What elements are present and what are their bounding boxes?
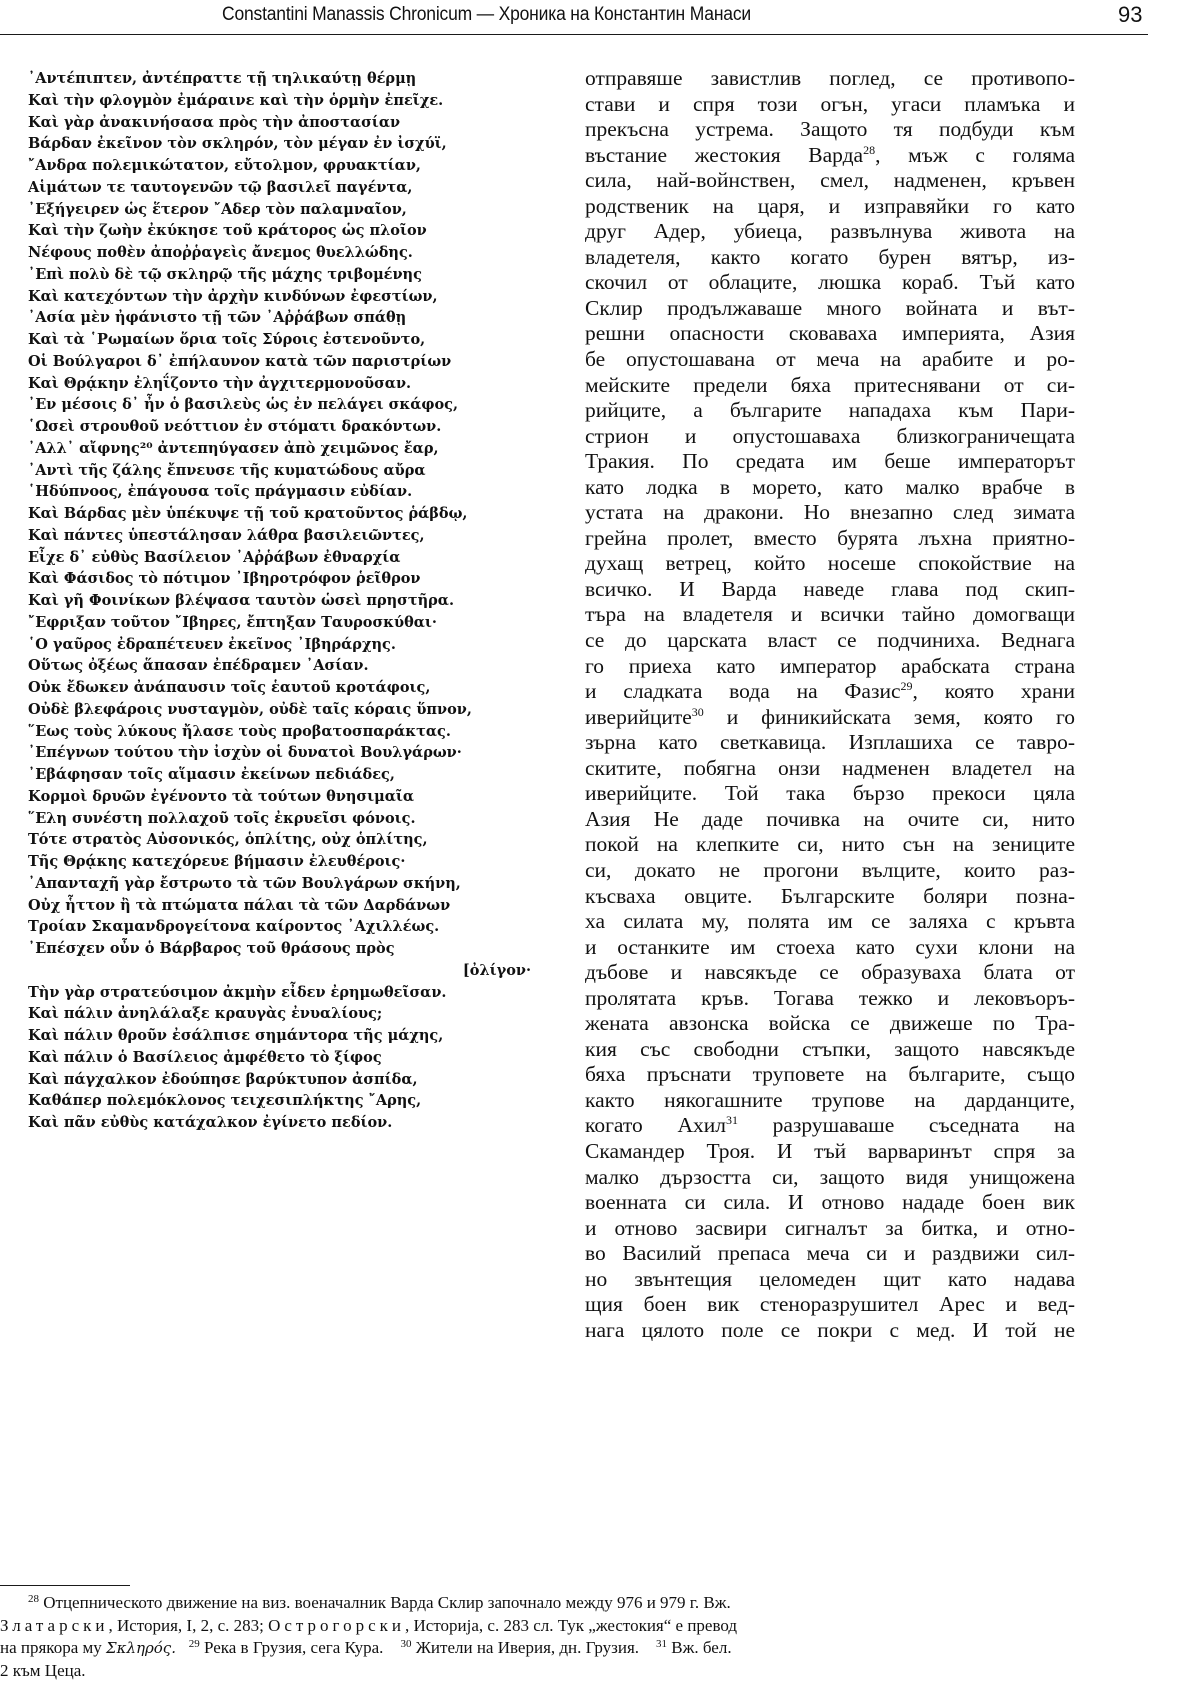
translation-text: когато Ахил	[585, 1113, 726, 1137]
greek-verse-line: Βάρδαν ἐκεῖνον τὸν σκληρόν, τὸν μέγαν ἐν…	[28, 133, 548, 155]
greek-verse-line: Καὶ πάντες ὑπεστάλησαν λάθρα βασιλειῶντε…	[28, 525, 548, 547]
translation-line: стави и спря този огън, угаси пламъка и	[585, 92, 1075, 118]
greek-verse-line: Καὶ Βάρδας μὲν ὑπέκυψε τῇ τοῦ κρατοῦντος…	[28, 503, 548, 525]
greek-verse-line: Οὐκ ἔδωκεν ἀνάπαυσιν τοῖς ἑαυτοῦ κροτάφο…	[28, 677, 548, 699]
translation-line: и сладката вода на Фазис29, която храни	[585, 679, 1075, 705]
translation-line: ха силата му, полята им се заляха с кръв…	[585, 909, 1075, 935]
translation-line: зърна като светкавица. Изплашиха се тавр…	[585, 730, 1075, 756]
greek-verse-line: Καὶ πάλιν ἀνηλάλαξε κραυγὰς ἐνυαλίους;	[28, 1003, 548, 1025]
citation-2: , Историја, с. 283 сл. Тук „жестокия“ е …	[405, 1616, 737, 1635]
author-zlatarski: Златарски	[0, 1616, 108, 1635]
footnote-reference: 30	[692, 705, 704, 719]
translation-line: устата на дракони. Но внезапно след зима…	[585, 500, 1075, 526]
translation-line: и отново засвири сигналът за битка, и от…	[585, 1216, 1075, 1242]
translation-line: духащ ветрец, който носеше спокойствие н…	[585, 551, 1075, 577]
translation-line: малко дързостта си, защото видя унищожен…	[585, 1165, 1075, 1191]
footnote-31-tail: 2 към Цеца.	[0, 1661, 86, 1680]
greek-verse-line: Τῆς Θρᾴκης κατεχόρευε βήμασιν ἐλευθέροις…	[28, 851, 548, 873]
translation-text: , която храни	[913, 679, 1075, 703]
translation-line: късваха овците. Българските боляри позна…	[585, 884, 1075, 910]
translation-text: и финикийската земя, която го	[704, 705, 1075, 729]
greek-verse-line: ῾Ωσεὶ στρουθοῦ νεόττιον ἐν στόματι δρακό…	[28, 416, 548, 438]
translation-line: родственик на царя, и изправяйки го като	[585, 194, 1075, 220]
translation-line: отправяше завистлив поглед, се противопо…	[585, 66, 1075, 92]
translation-line: търа на владетеля и всички тайно домогва…	[585, 602, 1075, 628]
greek-verse-line: Οἱ Βούλγαροι δ᾿ ἐπήλαυνον κατὰ τῶν παρισ…	[28, 351, 548, 373]
translation-line: военната си сила. И отново нададе боен в…	[585, 1190, 1075, 1216]
greek-verse-line: ῞Ελη συνέστη πολλαχοῦ τοῖς ἐκρυεῖσι φόνο…	[28, 808, 548, 830]
translation-line: Азия Не даде почивка на очите си, нито	[585, 807, 1075, 833]
greek-original-text-column: ᾿Αντέπιπτεν, ἀντέπραττε τῇ τηλικαύτῃ θέρ…	[28, 68, 548, 1134]
translation-text: и сладката вода на Фазис	[585, 679, 901, 703]
translation-line: нага цялото поле се покри с мед. И той н…	[585, 1318, 1075, 1344]
greek-verse-line: ῾Ο γαῦρος ἐδραπέτευεν ἐκεῖνος ᾿Ιβηράρχης…	[28, 634, 548, 656]
greek-verse-line: ᾿Επέσχεν οὖν ὁ Βάρβαρος τοῦ θράσους πρὸς	[28, 938, 548, 960]
greek-verse-line: [ὀλίγον·	[28, 960, 531, 982]
greek-verse-line: Νέφους ποθὲν ἀποῤῥαγεὶς ἄνεμος θυελλώδης…	[28, 242, 548, 264]
greek-verse-line: Κορμοὶ δρυῶν ἐγένοντο τὰ τούτων θνησιμαῖ…	[28, 786, 548, 808]
translation-line: решни опасности сковаваха империята, Ази…	[585, 321, 1075, 347]
footnote-31-text: Вж. бел.	[671, 1638, 731, 1657]
greek-verse-line: ᾿Εξήγειρεν ὡς ἕτερον ῎Αδερ τὸν παλαμναῖο…	[28, 199, 548, 221]
footnote-28-number: 28	[28, 1593, 39, 1605]
greek-verse-line: ᾿Εβάφησαν τοῖς αἵμασιν ἐκείνων πεδιάδες,	[28, 764, 548, 786]
translation-line: прекъсна устрема. Защото тя подбуди към	[585, 117, 1075, 143]
footnote-30-text: Жители на Иверия, дн. Грузия.	[416, 1638, 639, 1657]
translation-line: рийците, а българите нападаха към Пари-	[585, 398, 1075, 424]
author-ostrogorski: Острогорски	[268, 1616, 405, 1635]
greek-verse-line: ῾Ηδύπνοος, ἐπάγουσα τοῖς πράγμασιν εὐδία…	[28, 481, 548, 503]
footnote-28-text: Отцепническото движение на виз. военачал…	[43, 1593, 730, 1612]
translation-line: владетеля, както когато бурен вятър, из-	[585, 245, 1075, 271]
footnote-29-number: 29	[189, 1638, 200, 1650]
greek-verse-line: Εἶχε δ᾿ εὐθὺς Βασίλειον ᾿Αῤῥάβων ἐθναρχί…	[28, 547, 548, 569]
greek-verse-line: Τροίαν Σκαμανδρογείτονα καίροντος ᾿Αχιλλ…	[28, 916, 548, 938]
footnote-rule	[0, 1585, 130, 1586]
translation-line: грейна пролет, вместо бурята лъхна прият…	[585, 526, 1075, 552]
translation-line: Тракия. По средата им беше императорът	[585, 449, 1075, 475]
footnote-line-4: 2 към Цеца.	[0, 1660, 1075, 1683]
greek-verse-line: Οὐχ ἧττον ἢ τὰ πτώματα πάλαι τὰ τῶν Δαρδ…	[28, 895, 548, 917]
greek-verse-line: ᾿Επὶ πολὺ δὲ τῷ σκληρῷ τῆς μάχης τριβομέ…	[28, 264, 548, 286]
translation-line: го приеха като император арабската стран…	[585, 654, 1075, 680]
translation-line: иверийците30 и финикийската земя, която …	[585, 705, 1075, 731]
translation-line: когато Ахил31 разрушаваше съседната на	[585, 1113, 1075, 1139]
greek-verse-line: Καὶ πάλιν θροῦν ἐσάλπισε σημάντορα τῆς μ…	[28, 1025, 548, 1047]
translation-line: кия със свободни стъпки, защото навсякъд…	[585, 1037, 1075, 1063]
footnote-29-text: Река в Грузия, сега Кура.	[204, 1638, 383, 1657]
footnote-line-3: на прякора му Σκληρός. 29 Река в Грузия,…	[0, 1637, 1075, 1660]
greek-verse-line: ᾿Αλλ᾿ αἴφνης²⁰ ἀντεπηύγασεν ἀπὸ χειμῶνος…	[28, 438, 548, 460]
greek-verse-line: Τότε στρατὸς Αὐσονικός, ὁπλίτης, οὐχ ὁπλ…	[28, 829, 548, 851]
greek-verse-line: Καὶ πάλιν ὁ Βασίλειος ἀμφέθετο τὸ ξίφος	[28, 1047, 548, 1069]
greek-verse-line: Τὴν γὰρ στρατεύσιμον ἀκμὴν εἶδεν ἐρημωθε…	[28, 982, 548, 1004]
page-number: 93	[1118, 2, 1142, 28]
translation-line: Склир продължаваше много войната и вът-	[585, 296, 1075, 322]
translation-line: скочил от облаците, люшка кораб. Тъй кат…	[585, 270, 1075, 296]
translation-line: друг Адер, убиеца, развълнува живота на	[585, 219, 1075, 245]
page-header: Constantini Manassis Chronicum — Хроника…	[0, 0, 1200, 40]
greek-verse-line: Καὶ τὰ ῾Ρωμαίων ὅρια τοῖς Σύροις ἐστενοῦ…	[28, 329, 548, 351]
translation-line: пролятата кръв. Тогава тежко и лековъоръ…	[585, 986, 1075, 1012]
greek-verse-line: ᾿Ασία μὲν ἠφάνιστο τῇ τῶν ᾿Αῤῥάβων σπάθῃ	[28, 307, 548, 329]
greek-verse-line: Καὶ πᾶν εὐθὺς κατάχαλκον ἐγίνετο πεδίον.	[28, 1112, 548, 1134]
translation-text: иверийците	[585, 705, 692, 729]
translation-line: мейските предели бяха притеснявани от си…	[585, 373, 1075, 399]
translation-line: жената авзонска войска се движеше по Тра…	[585, 1011, 1075, 1037]
translation-line: като лодка в морето, като малко врабче в	[585, 475, 1075, 501]
translation-line: и останките им стоеха като сухи клони на	[585, 935, 1075, 961]
greek-verse-line: ῞Εως τοὺς λύκους ἤλασε τοὺς προβατοσπαρά…	[28, 721, 548, 743]
header-rule	[0, 34, 1148, 35]
translation-line: иверийците. Той така бързо прекоси цяла	[585, 781, 1075, 807]
greek-verse-line: ᾿Επέγνων τούτου τὴν ἰσχὺν οἱ δυνατοὶ Βου…	[28, 742, 548, 764]
running-title: Constantini Manassis Chronicum — Хроника…	[222, 4, 751, 26]
translation-line: си, докато не прогони вълците, които раз…	[585, 858, 1075, 884]
footnote-reference: 28	[863, 143, 875, 157]
translation-line: стрион и опустошаваха близкограничещата	[585, 424, 1075, 450]
translation-line: но звънтещия целомеден щит като надава	[585, 1267, 1075, 1293]
translation-line: дъбове и навсякъде се образуваха блата о…	[585, 960, 1075, 986]
citation-1: , История, I, 2, с. 283;	[108, 1616, 268, 1635]
translation-line: скитите, побягна онзи надменен владетел …	[585, 756, 1075, 782]
greek-verse-line: Καὶ Φάσιδος τὸ πότιμον ᾿Ιβηροτρόφον ῥεῖθ…	[28, 568, 548, 590]
footnotes: 28 Отцепническото движение на виз. воена…	[0, 1592, 1075, 1682]
translation-text: въстание жестокия Варда	[585, 143, 863, 167]
greek-verse-line: Καὶ Θρᾴκην ἐληΐζοντο τὴν ἀγχιτερμονοῦσαν…	[28, 373, 548, 395]
greek-verse-line: Αἱμάτων τε ταυτογενῶν τῷ βασιλεῖ παγέντα…	[28, 177, 548, 199]
translation-line: въстание жестокия Варда28, мъж с голяма	[585, 143, 1075, 169]
translation-text: , мъж с голяма	[875, 143, 1075, 167]
translation-line: се до царската власт се подчиниха. Ведна…	[585, 628, 1075, 654]
footnote-28-tail: на прякора му	[0, 1638, 106, 1657]
footnote-reference: 31	[726, 1113, 738, 1127]
greek-verse-line: Οὕτως ὀξέως ἅπασαν ἐπέδραμεν ᾿Ασίαν.	[28, 655, 548, 677]
greek-nickname: Σκληρός.	[106, 1639, 176, 1657]
footnote-line-2: Златарски, История, I, 2, с. 283; Острог…	[0, 1615, 1075, 1638]
footnote-31-number: 31	[656, 1638, 667, 1650]
greek-verse-line: Καθάπερ πολεμόκλονος τειχεσιπλήκτης ῎Αρη…	[28, 1090, 548, 1112]
bulgarian-translation-column: отправяше завистлив поглед, се противопо…	[585, 66, 1075, 1343]
greek-verse-line: Καὶ τὴν φλογμὸν ἐμάραινε καὶ τὴν ὁρμὴν ἐ…	[28, 90, 548, 112]
translation-line: щия боен вик стеноразрушител Арес и вед-	[585, 1292, 1075, 1318]
greek-verse-line: Καὶ γῆ Φοινίκων βλέψασα ταυτὸν ὡσεὶ πρησ…	[28, 590, 548, 612]
translation-text: разрушаваше съседната на	[738, 1113, 1075, 1137]
footnote-reference: 29	[901, 679, 913, 693]
greek-verse-line: Καὶ γὰρ ἀνακινήσασα πρὸς τὴν ἀποστασίαν	[28, 112, 548, 134]
translation-line: всичко. И Варда наведе глава под скип-	[585, 577, 1075, 603]
footnote-30-number: 30	[400, 1638, 411, 1650]
greek-verse-line: Καὶ πάγχαλκον ἐδούπησε βαρύκτυπον ἀσπίδα…	[28, 1069, 548, 1091]
translation-line: както някогашните трупове на дарданците,	[585, 1088, 1075, 1114]
translation-line: Скамандер Троя. И тъй варваринът спря за	[585, 1139, 1075, 1165]
greek-verse-line: Οὐδὲ βλεφάροις νυσταγμὸν, οὐδὲ ταῖς κόρα…	[28, 699, 548, 721]
translation-line: покой на клепките си, нито сън на зеници…	[585, 832, 1075, 858]
greek-verse-line: ᾿Αντέπιπτεν, ἀντέπραττε τῇ τηλικαύτῃ θέρ…	[28, 68, 548, 90]
translation-line: бяха пръснати труповете на българите, съ…	[585, 1062, 1075, 1088]
greek-verse-line: Καὶ κατεχόντων τὴν ἀρχὴν κινδύνων ἐφεστί…	[28, 286, 548, 308]
greek-verse-line: ῎Εφριξαν τοῦτον ῎Ιβηρες, ἔπτηξαν Ταυροσκ…	[28, 612, 548, 634]
greek-verse-line: ῎Ανδρα πολεμικώτατον, εὔτολμον, φρυακτία…	[28, 155, 548, 177]
translation-line: во Василий препаса меча си и раздвижи си…	[585, 1241, 1075, 1267]
greek-verse-line: ᾿Απανταχῆ γὰρ ἔστρωτο τὰ τῶν Βουλγάρων σ…	[28, 873, 548, 895]
greek-verse-line: ᾿Αντὶ τῆς ζάλης ἔπνευσε τῆς κυματώδους α…	[28, 460, 548, 482]
translation-line: бе опустошавана от меча на арабите и ро-	[585, 347, 1075, 373]
footnote-line-1: 28 Отцепническото движение на виз. воена…	[0, 1592, 1075, 1615]
greek-verse-line: ᾿Εν μέσοις δ᾿ ἦν ὁ βασιλεὺς ὡς ἐν πελάγε…	[28, 394, 548, 416]
translation-line: сила, най-войнствен, смел, надменен, кръ…	[585, 168, 1075, 194]
greek-verse-line: Καὶ τὴν ζωὴν ἐκύκησε τοῦ κράτορος ὡς πλο…	[28, 220, 548, 242]
